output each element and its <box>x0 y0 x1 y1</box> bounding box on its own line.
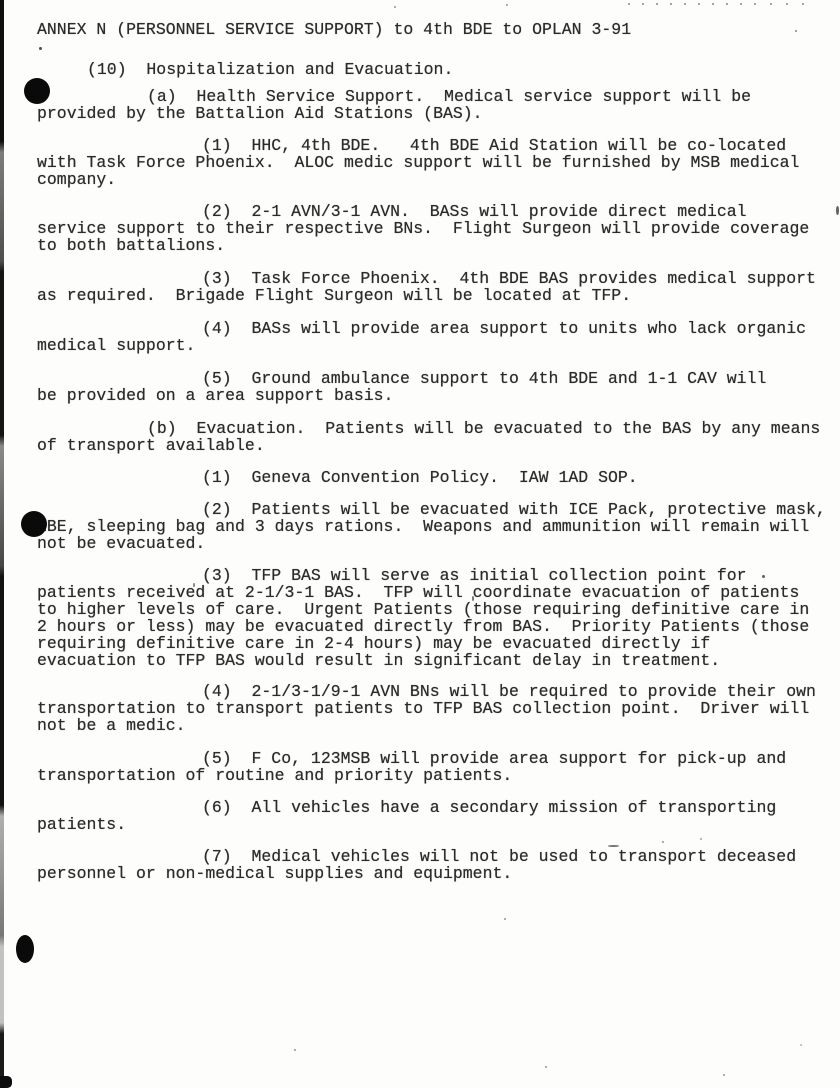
document-line: to both battalions. <box>37 238 225 253</box>
scan-speck <box>642 3 644 5</box>
hole-punch <box>24 78 50 104</box>
scan-speck <box>656 3 658 5</box>
document-line: company. <box>37 172 116 187</box>
document-line: (4) BASs will provide area support to un… <box>202 321 806 336</box>
hole-punch <box>16 935 34 963</box>
scan-speck <box>700 838 702 840</box>
document-line: evacuation to TFP BAS would result in si… <box>37 653 720 668</box>
document-line: (2) 2-1 AVN/3-1 AVN. BASs will provide d… <box>202 204 747 219</box>
document-line: patients. <box>37 817 126 832</box>
scan-speck <box>394 6 396 8</box>
document-line: (10) Hospitalization and Evacuation. <box>87 62 453 77</box>
document-line: (5) Ground ambulance support to 4th BDE … <box>202 371 766 386</box>
document-line: not be evacuated. <box>37 536 205 551</box>
scan-speck <box>712 3 714 5</box>
scan-speck <box>836 206 839 215</box>
scan-speck <box>684 3 686 5</box>
scan-speck <box>698 3 700 5</box>
scan-speck <box>39 47 42 50</box>
scan-speck <box>506 4 508 6</box>
document-line: be provided on a area support basis. <box>37 388 393 403</box>
hole-punch <box>21 511 47 537</box>
document-line: not be a medic. <box>37 718 186 733</box>
scan-speck <box>740 3 742 5</box>
scan-speck <box>662 841 664 843</box>
document-line: (3) Task Force Phoenix. 4th BDE BAS prov… <box>202 271 816 286</box>
scan-edge-blob <box>0 1076 12 1088</box>
document-line: (4) 2-1/3-1/9-1 AVN BNs will be required… <box>202 684 816 699</box>
scan-speck <box>608 845 619 847</box>
document-line: (b) Evacuation. Patients will be evacuat… <box>147 421 820 436</box>
document-line: medical support. <box>37 338 195 353</box>
scan-speck <box>754 3 756 5</box>
scan-speck <box>802 3 804 5</box>
document-line: (a) Health Service Support. Medical serv… <box>147 89 751 104</box>
document-line: (6) All vehicles have a secondary missio… <box>202 800 776 815</box>
scan-speck <box>294 1049 296 1051</box>
document-line: personnel or non-medical supplies and eq… <box>37 866 512 881</box>
scan-speck <box>472 596 474 601</box>
document-title-line: ANNEX N (PERSONNEL SERVICE SUPPORT) to 4… <box>37 22 631 37</box>
scan-speck <box>726 3 728 5</box>
document-line: of transport available. <box>37 438 265 453</box>
scanned-page: ANNEX N (PERSONNEL SERVICE SUPPORT) to 4… <box>0 0 840 1088</box>
document-line: 2 hours or less) may be evacuated direct… <box>37 619 809 634</box>
document-line: provided by the Battalion Aid Stations (… <box>37 106 483 121</box>
document-line: transportation to transport patients to … <box>37 701 809 716</box>
scan-speck <box>800 1044 802 1046</box>
document-line: transportation of routine and priority p… <box>37 768 512 783</box>
document-line: to higher levels of care. Urgent Patient… <box>37 602 809 617</box>
scan-speck <box>504 918 506 920</box>
document-line: (2) Patients will be evacuated with ICE … <box>202 502 826 517</box>
document-line: (1) Geneva Convention Policy. IAW 1AD SO… <box>202 470 638 485</box>
scan-speck <box>628 3 630 5</box>
document-line: (5) F Co, 123MSB will provide area suppo… <box>202 751 786 766</box>
document-line: service support to their respective BNs.… <box>37 221 809 236</box>
scan-speck <box>723 1074 725 1076</box>
scan-speck <box>670 3 672 5</box>
document-line: (1) HHC, 4th BDE. 4th BDE Aid Station wi… <box>202 138 786 153</box>
scan-speck <box>795 30 797 32</box>
scan-speck <box>762 575 765 578</box>
document-line: (7) Medical vehicles will not be used to… <box>202 849 796 864</box>
scan-speck <box>770 3 772 5</box>
document-line: requiring definitive care in 2-4 hours) … <box>37 636 710 651</box>
document-line: with Task Force Phoenix. ALOC medic supp… <box>37 155 799 170</box>
scan-speck <box>193 583 195 587</box>
scan-speck <box>786 3 788 5</box>
document-line: (3) TFP BAS will serve as initial collec… <box>202 568 747 583</box>
scan-edge-artifact <box>0 0 4 1088</box>
document-line: LBE, sleeping bag and 3 days rations. We… <box>37 519 809 534</box>
document-line: as required. Brigade Flight Surgeon will… <box>37 288 631 303</box>
scan-speck <box>545 1066 547 1068</box>
document-line: patients received at 2-1/3-1 BAS. TFP wi… <box>37 585 799 600</box>
